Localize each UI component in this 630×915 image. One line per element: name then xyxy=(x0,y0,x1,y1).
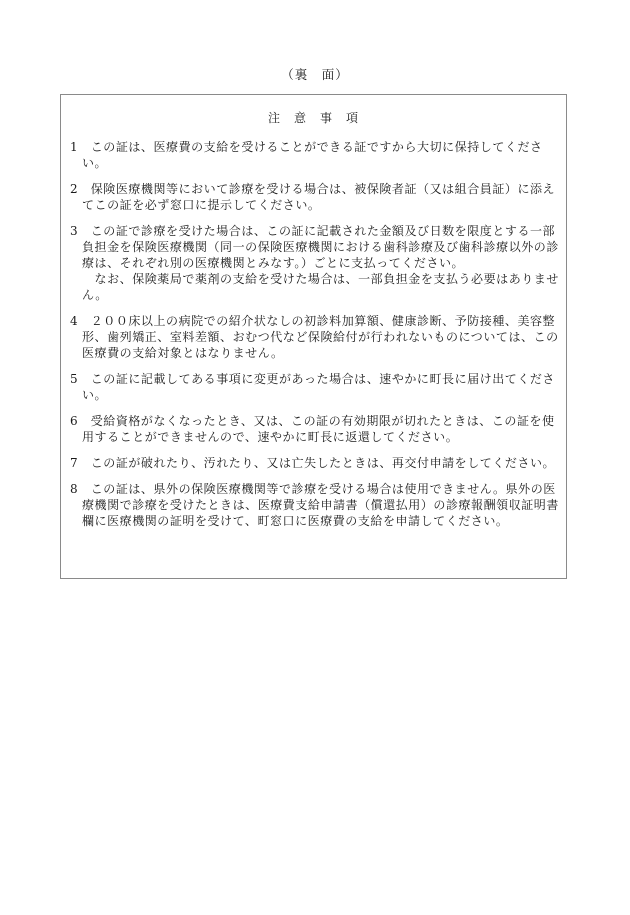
notice-line: 形、歯列矯正、室料差額、おむつ代など保険給付が行われないものについては、この xyxy=(70,329,562,345)
notice-item-5: 5 この証に記載してある事項に変更があった場合は、速やかに町長に届け出てくださ … xyxy=(70,371,562,403)
notice-line: 欄に医療機関の証明を受けて、町窓口に医療費の支給を申請してください。 xyxy=(70,513,562,529)
notice-title: 注 意 事 項 xyxy=(61,109,566,126)
notice-line: 1 この証は、医療費の支給を受けることができる証ですから大切に保持してくださ xyxy=(70,139,562,155)
notice-line: 3 この証で診療を受けた場合は、この証に記載された金額及び日数を限度とする一部 xyxy=(70,223,562,239)
notice-items-list: 1 この証は、医療費の支給を受けることができる証ですから大切に保持してくださ い… xyxy=(70,139,562,539)
notice-line: 2 保険医療機関等において診療を受ける場合は、被保険者証（又は組合員証）に添え xyxy=(70,181,562,197)
notice-item-7: 7 この証が破れたり、汚れたり、又は亡失したときは、再交付申請をしてください。 xyxy=(70,455,562,471)
notice-item-8: 8 この証は、県外の保険医療機関等で診療を受ける場合は使用できません。県外の医 … xyxy=(70,481,562,529)
notice-line: 4 ２００床以上の病院での紹介状なしの初診料加算額、健康診断、予防接種、美容整 xyxy=(70,313,562,329)
notice-line: 5 この証に記載してある事項に変更があった場合は、速やかに町長に届け出てくださ xyxy=(70,371,562,387)
notice-box: 注 意 事 項 1 この証は、医療費の支給を受けることができる証ですから大切に保… xyxy=(60,94,567,579)
notice-line: なお、保険薬局で薬剤の支給を受けた場合は、一部負担金を支払う必要はありませ xyxy=(70,271,562,287)
notice-line: てこの証を必ず窓口に提示してください。 xyxy=(70,197,562,213)
notice-item-4: 4 ２００床以上の病院での紹介状なしの初診料加算額、健康診断、予防接種、美容整 … xyxy=(70,313,562,361)
notice-line: 療機関で診療を受けたときは、医療費支給申請書（償還払用）の診療報酬領収証明書 xyxy=(70,497,562,513)
notice-item-3: 3 この証で診療を受けた場合は、この証に記載された金額及び日数を限度とする一部 … xyxy=(70,223,562,303)
page-side-label: （裏 面） xyxy=(0,65,630,83)
notice-line: 医療費の支給対象とはなりません。 xyxy=(70,345,562,361)
notice-line: い。 xyxy=(70,387,562,403)
notice-line: 6 受給資格がなくなったとき、又は、この証の有効期限が切れたときは、この証を使 xyxy=(70,413,562,429)
notice-line: 用することができませんので、速やかに町長に返還してください。 xyxy=(70,429,562,445)
notice-item-1: 1 この証は、医療費の支給を受けることができる証ですから大切に保持してくださ い… xyxy=(70,139,562,171)
notice-line: 療は、それぞれ別の医療機関とみなす。）ごとに支払ってください。 xyxy=(70,255,562,271)
notice-item-2: 2 保険医療機関等において診療を受ける場合は、被保険者証（又は組合員証）に添え … xyxy=(70,181,562,213)
notice-item-6: 6 受給資格がなくなったとき、又は、この証の有効期限が切れたときは、この証を使 … xyxy=(70,413,562,445)
notice-line: 負担金を保険医療機関（同一の保険医療機関における歯科診療及び歯科診療以外の診 xyxy=(70,239,562,255)
notice-line: 8 この証は、県外の保険医療機関等で診療を受ける場合は使用できません。県外の医 xyxy=(70,481,562,497)
notice-line: い。 xyxy=(70,155,562,171)
notice-line: ん。 xyxy=(70,287,562,303)
notice-line: 7 この証が破れたり、汚れたり、又は亡失したときは、再交付申請をしてください。 xyxy=(70,455,562,471)
